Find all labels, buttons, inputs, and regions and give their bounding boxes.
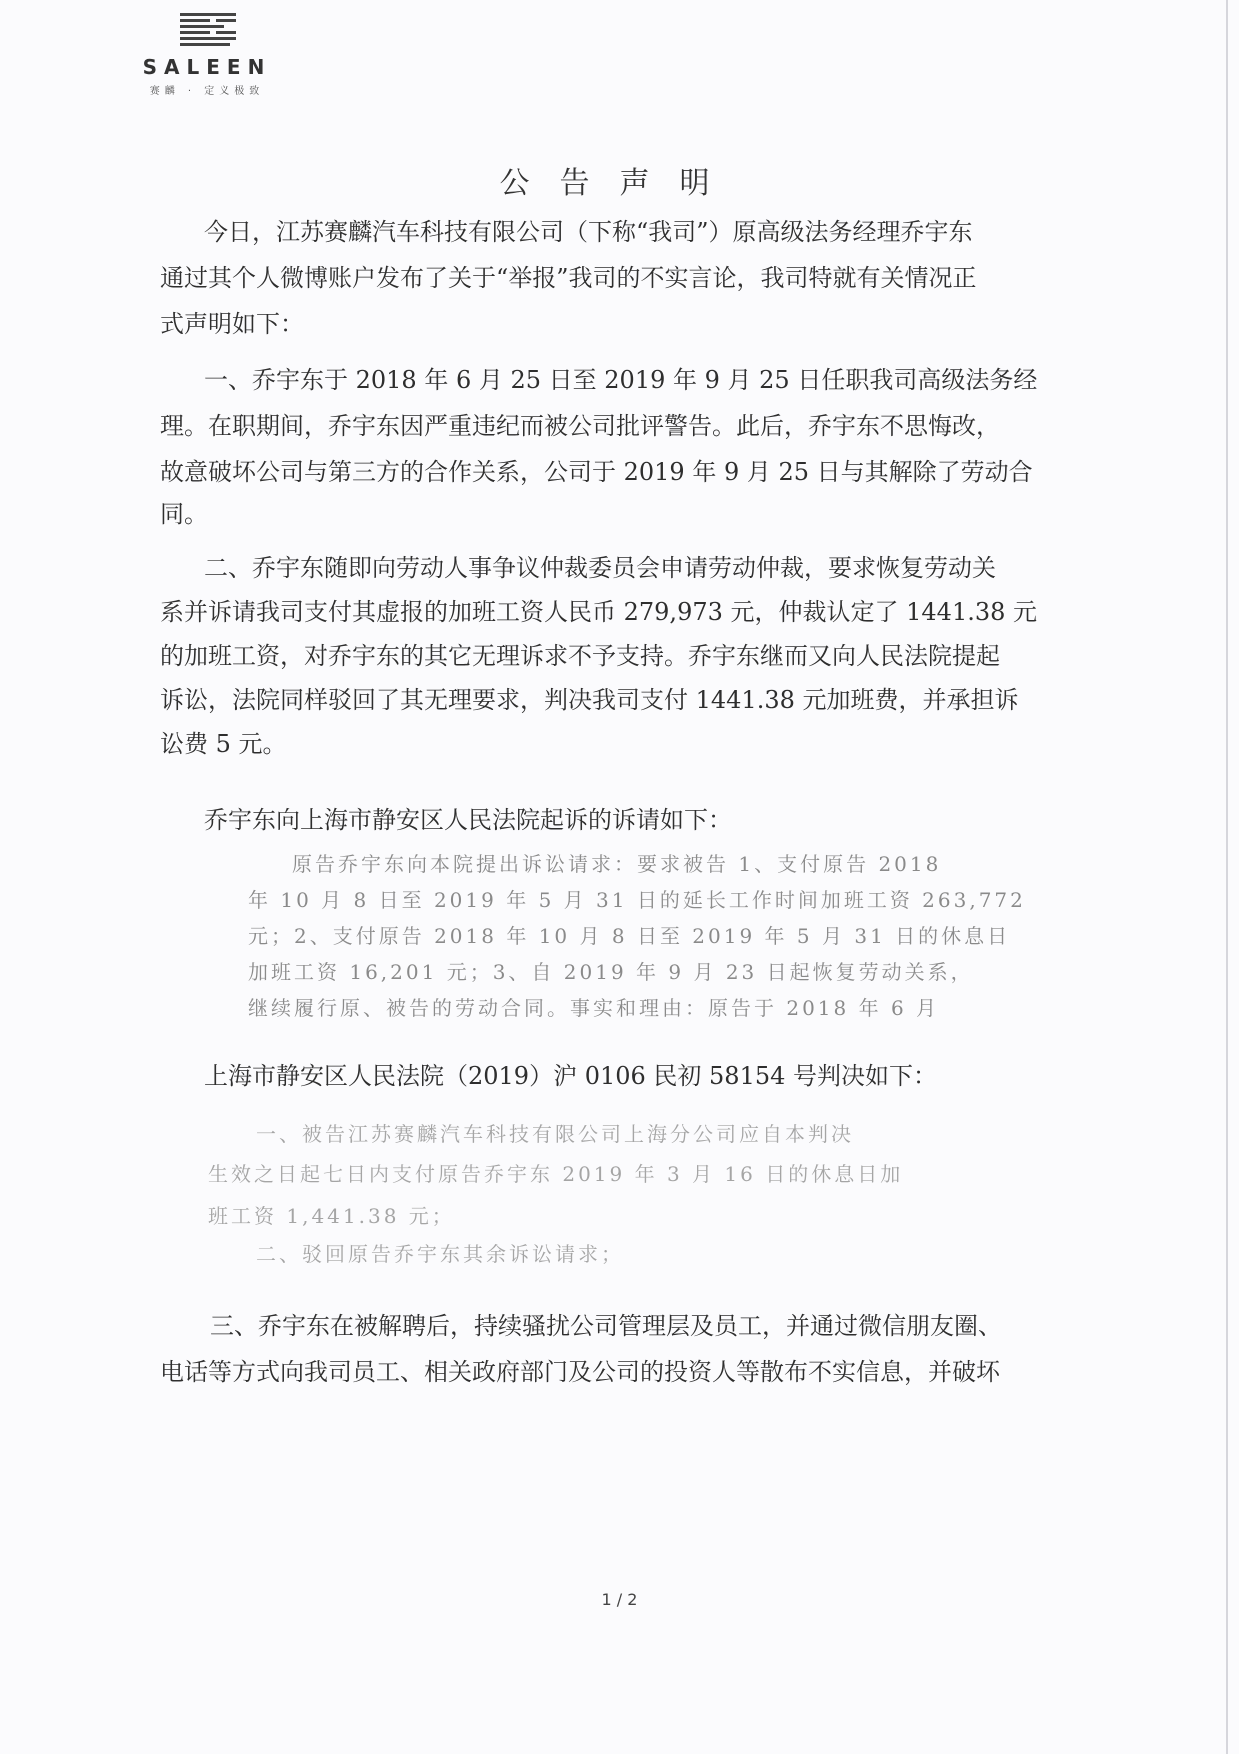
excerpt-line: 二、驳回原告乔宇东其余诉讼请求；	[256, 1238, 624, 1267]
text-line: 理。在职期间，乔宇东因严重违纪而被公司批评警告。此后，乔宇东不思悔改，	[160, 406, 1000, 441]
text-line: 一、乔宇东于 2018 年 6 月 25 日至 2019 年 9 月 25 日任…	[204, 360, 1037, 395]
excerpt-line: 元；2、支付原告 2018 年 10 月 8 日至 2019 年 5 月 31 …	[248, 920, 1010, 949]
text-line: 诉讼，法院同样驳回了其无理要求，判决我司支付 1441.38 元加班费，并承担诉	[160, 680, 1019, 715]
excerpt-line: 生效之日起七日内支付原告乔宇东 2019 年 3 月 16 日的休息日加	[208, 1158, 903, 1187]
text-line: 讼费 5 元。	[160, 724, 287, 759]
text-line: 同。	[160, 494, 208, 529]
text-line: 式声明如下：	[160, 304, 304, 339]
excerpt-line: 加班工资 16,201 元；3、自 2019 年 9 月 23 日起恢复劳动关系…	[248, 956, 974, 985]
excerpt-line: 继续履行原、被告的劳动合同。事实和理由：原告于 2018 年 6 月	[248, 992, 939, 1021]
excerpt-line: 年 10 月 8 日至 2019 年 5 月 31 日的延长工作时间加班工资 2…	[248, 884, 1026, 913]
text-line: 系并诉请我司支付其虚报的加班工资人民币 279,973 元，仲裁认定了 1441…	[160, 592, 1037, 627]
saleen-logo: SALEEN 赛麟 · 定义极致	[112, 10, 302, 90]
text-line: 今日，江苏赛麟汽车科技有限公司（下称“我司”）原高级法务经理乔宇东	[204, 212, 973, 247]
page-number: 1 / 2	[0, 1590, 1239, 1609]
text-line: 故意破坏公司与第三方的合作关系，公司于 2019 年 9 月 25 日与其解除了…	[160, 452, 1033, 487]
text-line: 二、乔宇东随即向劳动人事争议仲裁委员会申请劳动仲裁，要求恢复劳动关	[204, 548, 996, 583]
text-line: 的加班工资，对乔宇东的其它无理诉求不予支持。乔宇东继而又向人民法院提起	[160, 636, 1000, 671]
brand-tagline: 赛麟 · 定义极致	[142, 82, 272, 97]
text-line: 电话等方式向我司员工、相关政府部门及公司的投资人等散布不实信息，并破坏	[160, 1352, 1000, 1387]
judgment-intro: 上海市静安区人民法院（2019）沪 0106 民初 58154 号判决如下：	[204, 1056, 937, 1091]
claim-intro: 乔宇东向上海市静安区人民法院起诉的诉请如下：	[204, 800, 732, 835]
brand-wordmark: SALEEN	[112, 55, 302, 79]
excerpt-line: 班工资 1,441.38 元；	[208, 1200, 455, 1229]
saleen-emblem-icon	[180, 13, 236, 47]
excerpt-line: 原告乔宇东向本院提出诉讼请求：要求被告 1、支付原告 2018	[292, 848, 941, 877]
text-line: 通过其个人微博账户发布了关于“举报”我司的不实言论，我司特就有关情况正	[160, 258, 977, 293]
scan-edge-line	[1226, 0, 1228, 1754]
excerpt-line: 一、被告江苏赛麟汽车科技有限公司上海分公司应自本判决	[256, 1118, 854, 1147]
text-line: 三、乔宇东在被解聘后，持续骚扰公司管理层及员工，并通过微信朋友圈、	[210, 1306, 1002, 1341]
document-title: 公告声明	[0, 158, 1239, 202]
